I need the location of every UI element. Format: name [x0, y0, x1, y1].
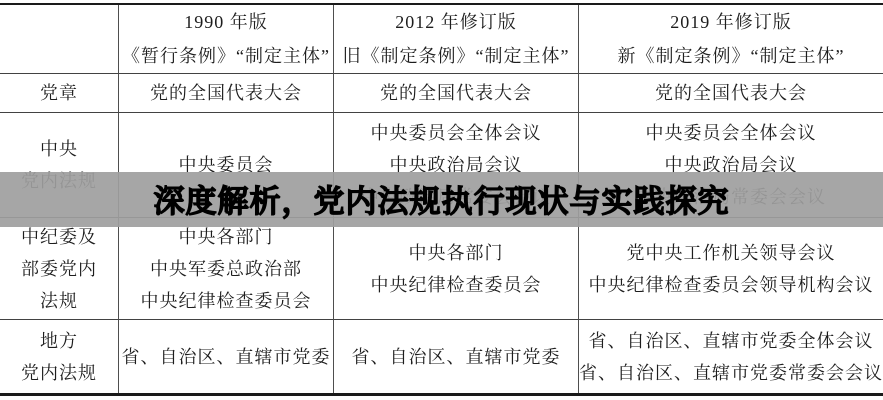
row-label-dangzhang: 党章 [0, 74, 118, 113]
cell-line: 中央委员会全体会议 [371, 117, 542, 149]
row-label-line: 部委党内 [21, 253, 97, 285]
cell-line: 省、自治区、直辖市党委 [352, 341, 561, 373]
row-label-difang: 地方 党内法规 [0, 320, 118, 393]
table-cell: 省、自治区、直辖市党委 [118, 320, 333, 393]
headline-title: 深度解析，党内法规执行现状与实践探究 [154, 176, 730, 223]
cell-line: 党的全国代表大会 [150, 77, 302, 109]
header-empty-cell [0, 5, 118, 74]
table-cell: 党的全国代表大会 [118, 74, 333, 113]
table-cell: 省、自治区、直辖市党委 [333, 320, 578, 393]
header-line: 2012 年修订版 [395, 5, 517, 39]
table-cell: 省、自治区、直辖市党委全体会议 省、自治区、直辖市党委常委会会议 [578, 320, 883, 393]
header-1990: 1990 年版 《暂行条例》“制定主体” [118, 5, 333, 74]
header-line: 《暂行条例》“制定主体” [122, 39, 330, 73]
header-line: 新《制定条例》“制定主体” [618, 39, 845, 73]
cell-line: 中央军委总政治部 [150, 253, 302, 285]
cell-line: 省、自治区、直辖市党委常委会会议 [579, 357, 883, 389]
header-2019: 2019 年修订版 新《制定条例》“制定主体” [578, 5, 883, 74]
table-cell: 中央各部门 中央军委总政治部 中央纪律检查委员会 [118, 218, 333, 320]
cell-line: 中央各部门 [409, 237, 504, 269]
table-cell: 党中央工作机关领导会议 中央纪律检查委员会领导机构会议 [578, 218, 883, 320]
cell-line: 省、自治区、直辖市党委全体会议 [589, 325, 874, 357]
row-label-zhongjiwei: 中纪委及 部委党内 法规 [0, 218, 118, 320]
cell-line: 中央纪律检查委员会 [371, 269, 542, 301]
row-label-line: 地方 [40, 325, 78, 357]
cell-line: 党的全国代表大会 [380, 77, 532, 109]
row-label-line: 法规 [40, 285, 78, 317]
cell-line: 党的全国代表大会 [655, 77, 807, 109]
header-line: 1990 年版 [184, 5, 268, 39]
table-cell: 中央各部门 中央纪律检查委员会 [333, 218, 578, 320]
row-label-line: 党内法规 [21, 357, 97, 389]
document-figure: 1990 年版 《暂行条例》“制定主体” 2012 年修订版 旧《制定条例》“制… [0, 0, 883, 400]
cell-line: 中央纪律检查委员会领导机构会议 [589, 269, 874, 301]
row-label-line: 党章 [40, 77, 78, 109]
cell-line: 中央纪律检查委员会 [141, 285, 312, 317]
header-2012: 2012 年修订版 旧《制定条例》“制定主体” [333, 5, 578, 74]
headline-banner: 深度解析，党内法规执行现状与实践探究 [0, 172, 883, 227]
table-cell: 党的全国代表大会 [578, 74, 883, 113]
table-cell: 党的全国代表大会 [333, 74, 578, 113]
row-label-line: 中央 [40, 133, 78, 165]
header-line: 2019 年修订版 [670, 5, 792, 39]
header-line: 旧《制定条例》“制定主体” [343, 39, 570, 73]
cell-line: 省、自治区、直辖市党委 [122, 341, 331, 373]
cell-line: 党中央工作机关领导会议 [627, 237, 836, 269]
cell-line: 中央委员会全体会议 [646, 117, 817, 149]
